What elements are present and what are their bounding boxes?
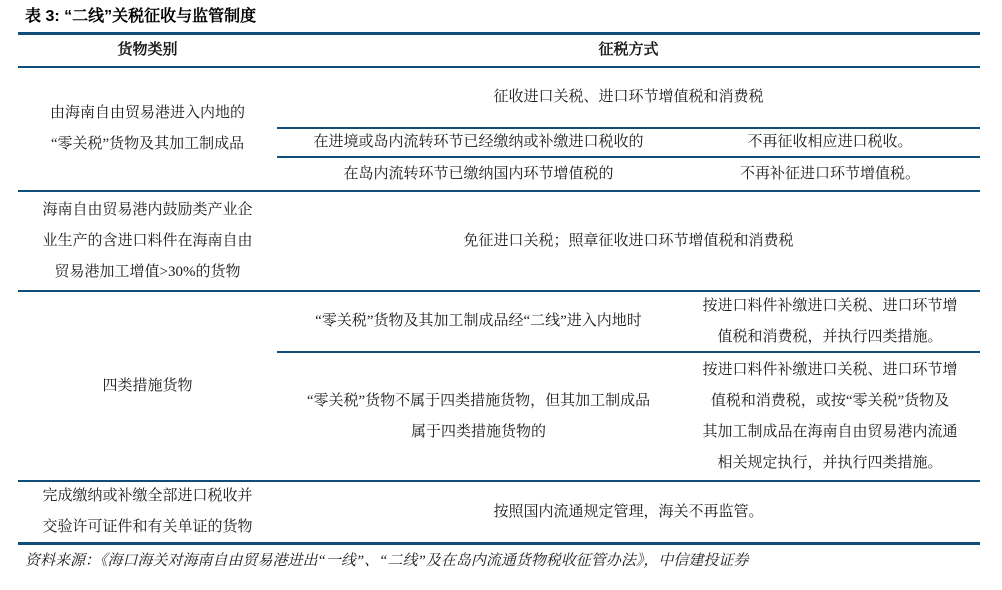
cell-r3-case2-condition: “零关税”货物不属于四类措施货物，但其加工制成品 属于四类措施货物的	[277, 353, 680, 480]
cell-r4-category: 完成缴纳或补缴全部进口税收并 交验许可证件和有关单证的货物	[18, 482, 277, 542]
cell-r1-case2-treatment: 不再补征进口环节增值税。	[680, 158, 980, 190]
cell-r3-case2-treatment: 按进口料件补缴进口关税、进口环节增 值税和消费税，或按“零关税”货物及 其加工制…	[680, 353, 980, 480]
cell-r1-case2-condition: 在岛内流转环节已缴纳国内环节增值税的	[277, 158, 680, 190]
cell-r3-case1-condition: “零关税”货物及其加工制成品经“二线”进入内地时	[277, 292, 680, 351]
cell-r1-case1-condition: 在进境或岛内流转环节已经缴纳或补缴进口税收的	[277, 129, 680, 156]
header-goods-category: 货物类别	[18, 35, 277, 66]
cell-r3-case1-treatment: 按进口料件补缴进口关税、进口环节增 值税和消费税，并执行四类措施。	[680, 292, 980, 351]
header-taxation-method: 征税方式	[277, 35, 980, 66]
cell-r1-case1-treatment: 不再征收相应进口税收。	[680, 129, 980, 156]
cell-r1-category: 由海南自由贸易港进入内地的 “零关税”货物及其加工制成品	[18, 68, 277, 190]
cell-r2-treatment: 免征进口关税；照章征收进口环节增值税和消费税	[277, 192, 980, 290]
tariff-table-document: 表 3: “二线”关税征收与监管制度 货物类别 征税方式 由海南自由贸易港进入内…	[0, 0, 1002, 590]
table-title: 表 3: “二线”关税征收与监管制度	[25, 5, 725, 29]
cell-r4-treatment: 按照国内流通规定管理，海关不再监管。	[277, 482, 980, 542]
cell-r2-category: 海南自由贸易港内鼓励类产业企 业生产的含进口料件在海南自由 贸易港加工增值>30…	[18, 192, 277, 290]
cell-r3-category: 四类措施货物	[18, 292, 277, 480]
source-note: 资料来源：《海口海关对海南自由贸易港进出“一线”、“二线”及在岛内流通货物税收征…	[25, 549, 985, 573]
cell-r1-general-treatment: 征收进口关税、进口环节增值税和消费税	[277, 68, 980, 127]
